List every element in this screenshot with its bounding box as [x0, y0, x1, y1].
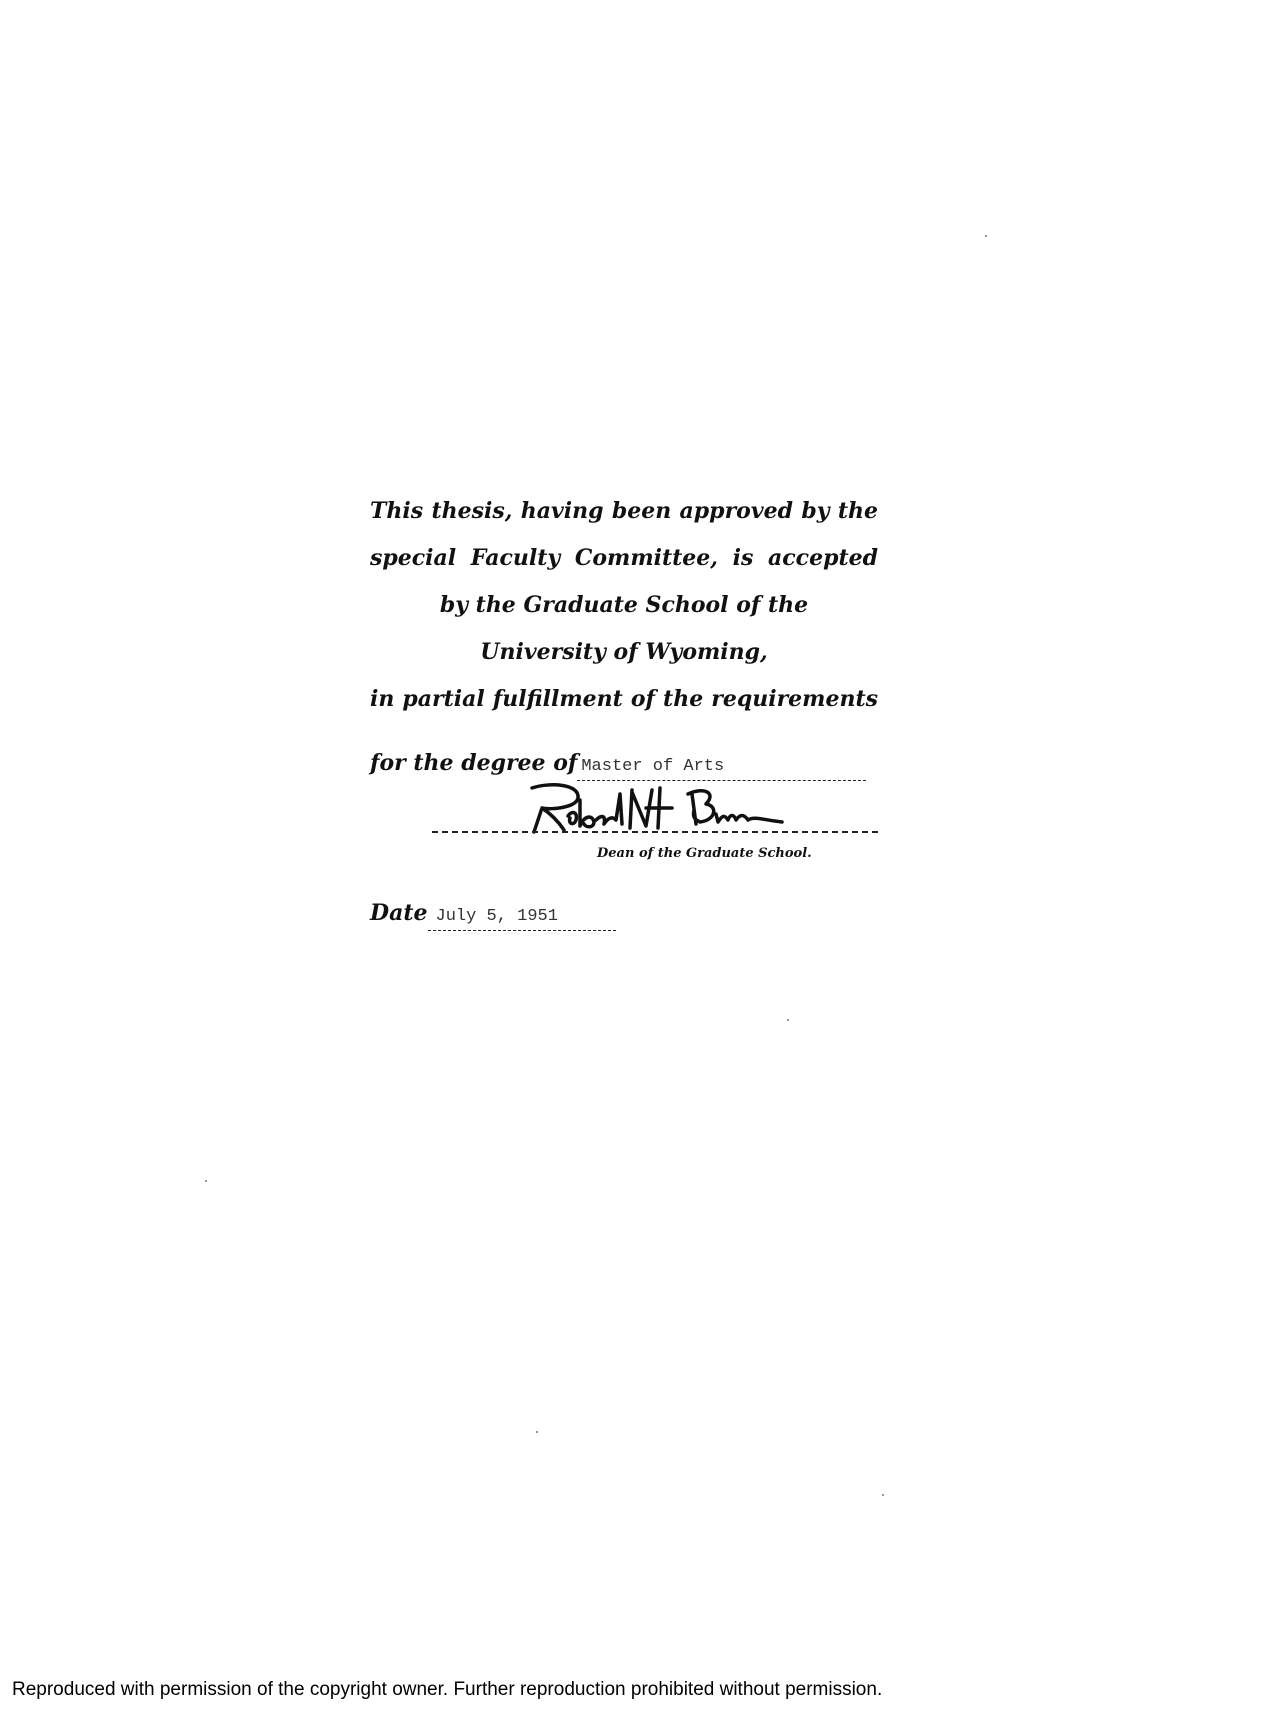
scan-speck [985, 235, 987, 237]
statement-line-5: in partial fulfillment of the requiremen… [370, 686, 878, 712]
scan-speck [536, 1431, 538, 1433]
signer-title: Dean of the Graduate School. [597, 846, 812, 861]
degree-value: Master of Arts [577, 754, 866, 781]
statement-line-4: University of Wyoming, [370, 639, 878, 665]
signature-line [432, 831, 878, 833]
degree-line: for the degree ofMaster of Arts [370, 750, 878, 781]
date-label: Date [370, 900, 428, 926]
copyright-notice: Reproduced with permission of the copyri… [12, 1679, 882, 1701]
scan-speck [205, 1180, 207, 1182]
date-line: DateJuly 5, 1951 [370, 900, 616, 931]
date-value: July 5, 1951 [428, 904, 616, 931]
statement-line-1: This thesis, having been approved by the [370, 498, 878, 524]
statement-line-2: special Faculty Committee, is accepted [370, 545, 878, 571]
degree-label: for the degree of [370, 750, 577, 776]
scan-speck [882, 1494, 884, 1496]
statement-line-3: by the Graduate School of the [370, 592, 878, 618]
scan-speck [787, 1019, 789, 1021]
